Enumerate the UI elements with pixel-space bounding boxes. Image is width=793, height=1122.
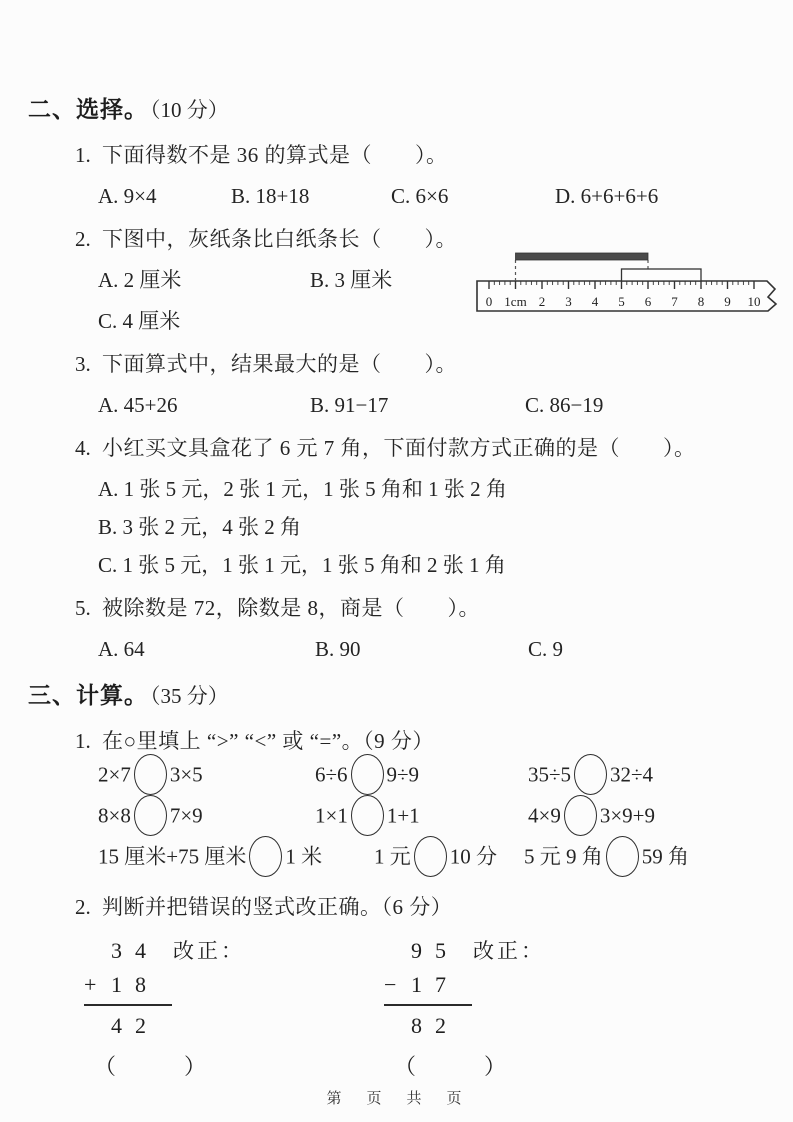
fill-circle bbox=[414, 836, 447, 877]
ruler-tick-label: 2 bbox=[539, 294, 546, 309]
fill-circle bbox=[574, 754, 607, 795]
calc-q1-prompt: 1. 在○里填上 “>” “<” 或 “=”。（9 分） bbox=[28, 726, 773, 756]
comparison-row: 2×73×56÷69÷935÷532÷4 bbox=[28, 756, 773, 797]
page-footer: 第 页 共 页 bbox=[0, 1087, 793, 1108]
comparison-item: 4×93×9+9 bbox=[528, 795, 655, 840]
option: C. 6×6 bbox=[391, 181, 555, 211]
question-text: 下图中，灰纸条比白纸条长（ ）。 bbox=[102, 224, 457, 254]
result-number: 82 bbox=[411, 1009, 459, 1042]
option: C. 9 bbox=[528, 634, 563, 664]
comparison-right: 3×9+9 bbox=[600, 803, 655, 827]
comparison-right: 10 分 bbox=[450, 844, 497, 868]
option: B. 3 张 2 元，4 张 2 角 bbox=[98, 512, 773, 542]
comparison-left: 1 元 bbox=[374, 844, 411, 868]
equals-line bbox=[84, 1004, 172, 1006]
comparison-item: 1 元10 分 bbox=[374, 836, 524, 881]
option-row: A. 9×4B. 18+18C. 6×6D. 6+6+6+6 bbox=[28, 181, 773, 211]
worksheet-content: 二、选择。（10 分） 1.下面得数不是 36 的算式是（ ）。A. 9×4B.… bbox=[28, 92, 773, 1081]
comparison-row: 15 厘米+75 厘米1 米1 元10 分5 元 9 角59 角 bbox=[28, 838, 773, 879]
white-paper-strip bbox=[622, 269, 702, 281]
comparison-row: 8×87×91×11+14×93×9+9 bbox=[28, 797, 773, 838]
ruler-tick-label: 1cm bbox=[504, 294, 526, 309]
comparison-item: 15 厘米+75 厘米1 米 bbox=[98, 836, 374, 881]
result-number: 42 bbox=[111, 1009, 159, 1042]
comparison-right: 7×9 bbox=[170, 803, 203, 827]
comparison-right: 1+1 bbox=[387, 803, 420, 827]
fill-circle bbox=[249, 836, 282, 877]
fill-circle bbox=[351, 795, 384, 836]
comparison-item: 6÷69÷9 bbox=[315, 754, 528, 799]
section-calc-heading: 三、计算。（35 分） bbox=[28, 678, 773, 713]
question-number: 5. bbox=[75, 593, 102, 623]
option: A. 2 厘米 bbox=[98, 265, 310, 295]
equals-line bbox=[384, 1004, 472, 1006]
ruler-tick-label: 0 bbox=[486, 294, 493, 309]
calc-q1-number: 1. bbox=[75, 726, 102, 756]
comparison-right: 1 米 bbox=[285, 844, 322, 868]
section-choice-score: （10 分） bbox=[150, 98, 229, 122]
option: B. 18+18 bbox=[231, 181, 391, 211]
option-row: A. 64B. 90C. 9 bbox=[28, 634, 773, 664]
comparison-right: 3×5 bbox=[170, 762, 203, 786]
comparison-item: 5 元 9 角59 角 bbox=[524, 836, 689, 881]
bottom-number: 18 bbox=[111, 968, 159, 1001]
option: A. 45+26 bbox=[98, 390, 310, 420]
ruler-tick-label: 3 bbox=[565, 294, 572, 309]
top-number: 95 bbox=[411, 934, 459, 967]
vertical-operand-row: −17 bbox=[384, 968, 684, 1001]
comparison-item: 35÷532÷4 bbox=[528, 754, 653, 799]
comparison-left: 2×7 bbox=[98, 762, 131, 786]
vertical-operand-row: +18 bbox=[84, 968, 384, 1001]
ruler-tick-label: 7 bbox=[671, 294, 678, 309]
vertical-top-row: 34改正： bbox=[84, 934, 384, 968]
option: C. 4 厘米 bbox=[98, 306, 180, 336]
section-calc-score: （35 分） bbox=[150, 684, 229, 708]
option: C. 86−19 bbox=[525, 390, 603, 420]
vertical-result-row: 82 bbox=[384, 1009, 684, 1042]
fill-circle bbox=[564, 795, 597, 836]
choice-question: 3.下面算式中，结果最大的是（ ）。 bbox=[28, 349, 773, 379]
fix-label: 改正： bbox=[173, 935, 245, 968]
calc-q2-prompt: 2. 判断并把错误的竖式改正确。（6 分） bbox=[28, 892, 773, 922]
calc-q2-number: 2. bbox=[75, 892, 102, 922]
comparison-right: 59 角 bbox=[642, 844, 689, 868]
ruler-tick-label: 9 bbox=[724, 294, 731, 309]
fill-circle bbox=[606, 836, 639, 877]
option: B. 91−17 bbox=[310, 390, 525, 420]
choice-question: 4.小红买文具盒花了 6 元 7 角，下面付款方式正确的是（ ）。 bbox=[28, 433, 773, 463]
option-row: A. 1 张 5 元，2 张 1 元，1 张 5 角和 1 张 2 角B. 3 … bbox=[28, 474, 773, 580]
comparison-left: 1×1 bbox=[315, 803, 348, 827]
option: C. 1 张 5 元，1 张 1 元，1 张 5 角和 2 张 1 角 bbox=[98, 550, 773, 580]
option: B. 90 bbox=[315, 634, 528, 664]
question-text: 下面算式中，结果最大的是（ ）。 bbox=[102, 349, 457, 379]
ruler-tick-label: 6 bbox=[645, 294, 652, 309]
choice-question: 5.被除数是 72，除数是 8，商是（ ）。 bbox=[28, 593, 773, 623]
section-calc-title: 三、计算。 bbox=[28, 682, 148, 708]
ruler-tick-label: 8 bbox=[698, 294, 705, 309]
option-row: A. 45+26B. 91−17C. 86−19 bbox=[28, 390, 773, 420]
question-text: 小红买文具盒花了 6 元 7 角，下面付款方式正确的是（ ）。 bbox=[102, 433, 696, 463]
comparison-item: 1×11+1 bbox=[315, 795, 528, 840]
comparison-item: 2×73×5 bbox=[98, 754, 315, 799]
section-choice-heading: 二、选择。（10 分） bbox=[28, 92, 773, 127]
comparison-left: 6÷6 bbox=[315, 762, 348, 786]
fill-circle bbox=[134, 754, 167, 795]
option: A. 1 张 5 元，2 张 1 元，1 张 5 角和 1 张 2 角 bbox=[98, 474, 773, 504]
ruler-tick-label: 5 bbox=[618, 294, 625, 309]
choice-question-list: 1.下面得数不是 36 的算式是（ ）。A. 9×4B. 18+18C. 6×6… bbox=[28, 140, 773, 664]
vertical-problem: 34改正：+1842（ ） bbox=[84, 934, 384, 1081]
comparison-left: 8×8 bbox=[98, 803, 131, 827]
option: D. 6+6+6+6 bbox=[555, 181, 658, 211]
question-number: 3. bbox=[75, 349, 102, 379]
comparison-rows: 2×73×56÷69÷935÷532÷48×87×91×11+14×93×9+9… bbox=[28, 756, 773, 879]
calc-q2-text: 判断并把错误的竖式改正确。（6 分） bbox=[102, 892, 452, 922]
comparison-item: 8×87×9 bbox=[98, 795, 315, 840]
ruler-tick-label: 4 bbox=[592, 294, 599, 309]
top-number: 34 bbox=[111, 934, 159, 967]
fill-circle bbox=[351, 754, 384, 795]
question-text: 下面得数不是 36 的算式是（ ）。 bbox=[102, 140, 448, 170]
comparison-left: 5 元 9 角 bbox=[524, 844, 603, 868]
bottom-number: 17 bbox=[411, 968, 459, 1001]
comparison-left: 15 厘米+75 厘米 bbox=[98, 844, 246, 868]
question-number: 2. bbox=[75, 224, 102, 254]
choice-question: 1.下面得数不是 36 的算式是（ ）。 bbox=[28, 140, 773, 170]
ruler-tick-label: 10 bbox=[748, 294, 761, 309]
ruler-svg: 01cm2345678910 bbox=[476, 250, 790, 314]
operator: + bbox=[84, 968, 111, 1001]
judge-parentheses: （ ） bbox=[94, 1050, 384, 1081]
fix-label: 改正： bbox=[473, 935, 545, 968]
question-text: 被除数是 72，除数是 8，商是（ ）。 bbox=[102, 593, 480, 623]
operator: − bbox=[384, 968, 411, 1001]
gray-paper-strip bbox=[516, 253, 649, 260]
option: B. 3 厘米 bbox=[310, 265, 392, 295]
calc-q1-text: 在○里填上 “>” “<” 或 “=”。（9 分） bbox=[102, 726, 434, 756]
comparison-right: 9÷9 bbox=[387, 762, 420, 786]
comparison-left: 4×9 bbox=[528, 803, 561, 827]
question-number: 1. bbox=[75, 140, 102, 170]
vertical-problems: 34改正：+1842（ ）95改正：−1782（ ） bbox=[28, 934, 773, 1081]
vertical-top-row: 95改正： bbox=[384, 934, 684, 968]
vertical-problem: 95改正：−1782（ ） bbox=[384, 934, 684, 1081]
judge-parentheses: （ ） bbox=[394, 1050, 684, 1081]
ruler-figure: 01cm2345678910 bbox=[476, 250, 790, 319]
comparison-right: 32÷4 bbox=[610, 762, 653, 786]
vertical-result-row: 42 bbox=[84, 1009, 384, 1042]
section-choice-title: 二、选择。 bbox=[28, 96, 148, 122]
fill-circle bbox=[134, 795, 167, 836]
comparison-left: 35÷5 bbox=[528, 762, 571, 786]
option: A. 9×4 bbox=[98, 181, 231, 211]
option: A. 64 bbox=[98, 634, 315, 664]
question-number: 4. bbox=[75, 433, 102, 463]
